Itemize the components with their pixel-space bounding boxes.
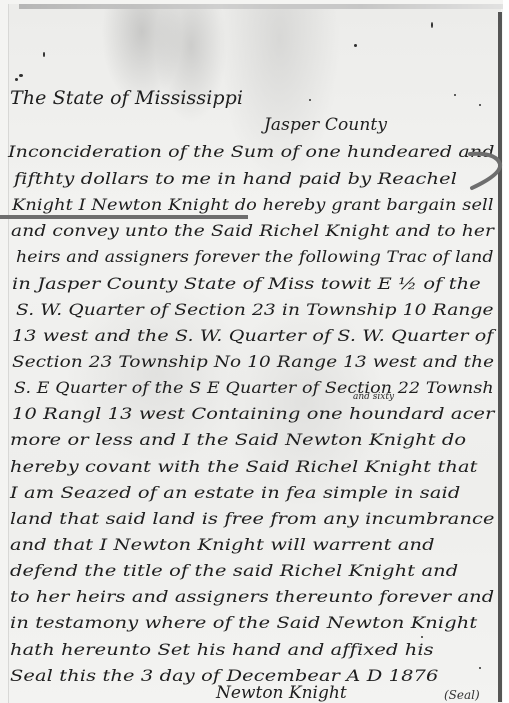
scanned-document: The State of Mississippi Jasper County I…: [0, 0, 509, 703]
scan-speck: [479, 104, 481, 106]
deed-line: heirs and assigners forever the followin…: [16, 247, 494, 267]
deed-line: fifthty dollars to me in hand paid by Re…: [14, 169, 457, 189]
county-heading: Jasper County: [264, 115, 387, 135]
deed-line: S. E Quarter of the S E Quarter of Secti…: [14, 378, 494, 398]
scan-speck: [19, 74, 23, 77]
deed-line: land that said land is free from any inc…: [10, 509, 495, 529]
deed-line: Inconcideration of the Sum of one hundea…: [8, 142, 495, 162]
deed-line: hereby covant with the Said Richel Knigh…: [10, 457, 478, 477]
deed-line: Section 23 Township No 10 Range 13 west …: [12, 352, 494, 372]
scan-speck: [421, 636, 423, 638]
scan-speck: [454, 94, 456, 96]
page-top-edge: [19, 4, 509, 9]
deed-line: I am Seazed of an estate in fea simple i…: [10, 483, 460, 503]
annotation-arrow-icon: [466, 148, 506, 192]
signature: Newton Knight: [216, 683, 347, 703]
deed-line: Knight I Newton Knight do hereby grant b…: [12, 195, 494, 215]
scan-speck: [43, 52, 45, 57]
deed-line: 10 Rangl 13 west Containing one houndard…: [12, 404, 495, 424]
deed-line: in testamony where of the Said Newton Kn…: [10, 613, 477, 633]
seal-label: (Seal): [444, 688, 480, 702]
deed-line: hath hereunto Set his hand and affixed h…: [10, 640, 434, 660]
deed-line: S. W. Quarter of Section 23 in Township …: [16, 300, 494, 320]
deed-line: 13 west and the S. W. Quarter of S. W. Q…: [12, 326, 494, 346]
page-right-edge: [498, 12, 502, 702]
deed-line: in Jasper County State of Miss towit E ½…: [12, 274, 481, 294]
deed-line: defend the title of the said Richel Knig…: [10, 561, 458, 581]
annotation-underline: [0, 215, 248, 219]
scan-speck: [479, 667, 481, 669]
scan-speck: [309, 99, 311, 101]
scan-margin: [503, 0, 509, 703]
scan-speck: [431, 22, 433, 28]
deed-line: to her heirs and assigners thereunto for…: [10, 587, 494, 607]
deed-line: and convey unto the Said Richel Knight a…: [11, 221, 494, 241]
scan-speck: [354, 44, 357, 47]
scan-speck: [15, 78, 18, 81]
document-title: The State of Mississippi: [10, 88, 243, 108]
deed-line: more or less and I the Said Newton Knigh…: [10, 430, 466, 450]
interlinear-insert: and sixty: [353, 392, 394, 402]
deed-line: and that I Newton Knight will warrent an…: [10, 535, 435, 555]
